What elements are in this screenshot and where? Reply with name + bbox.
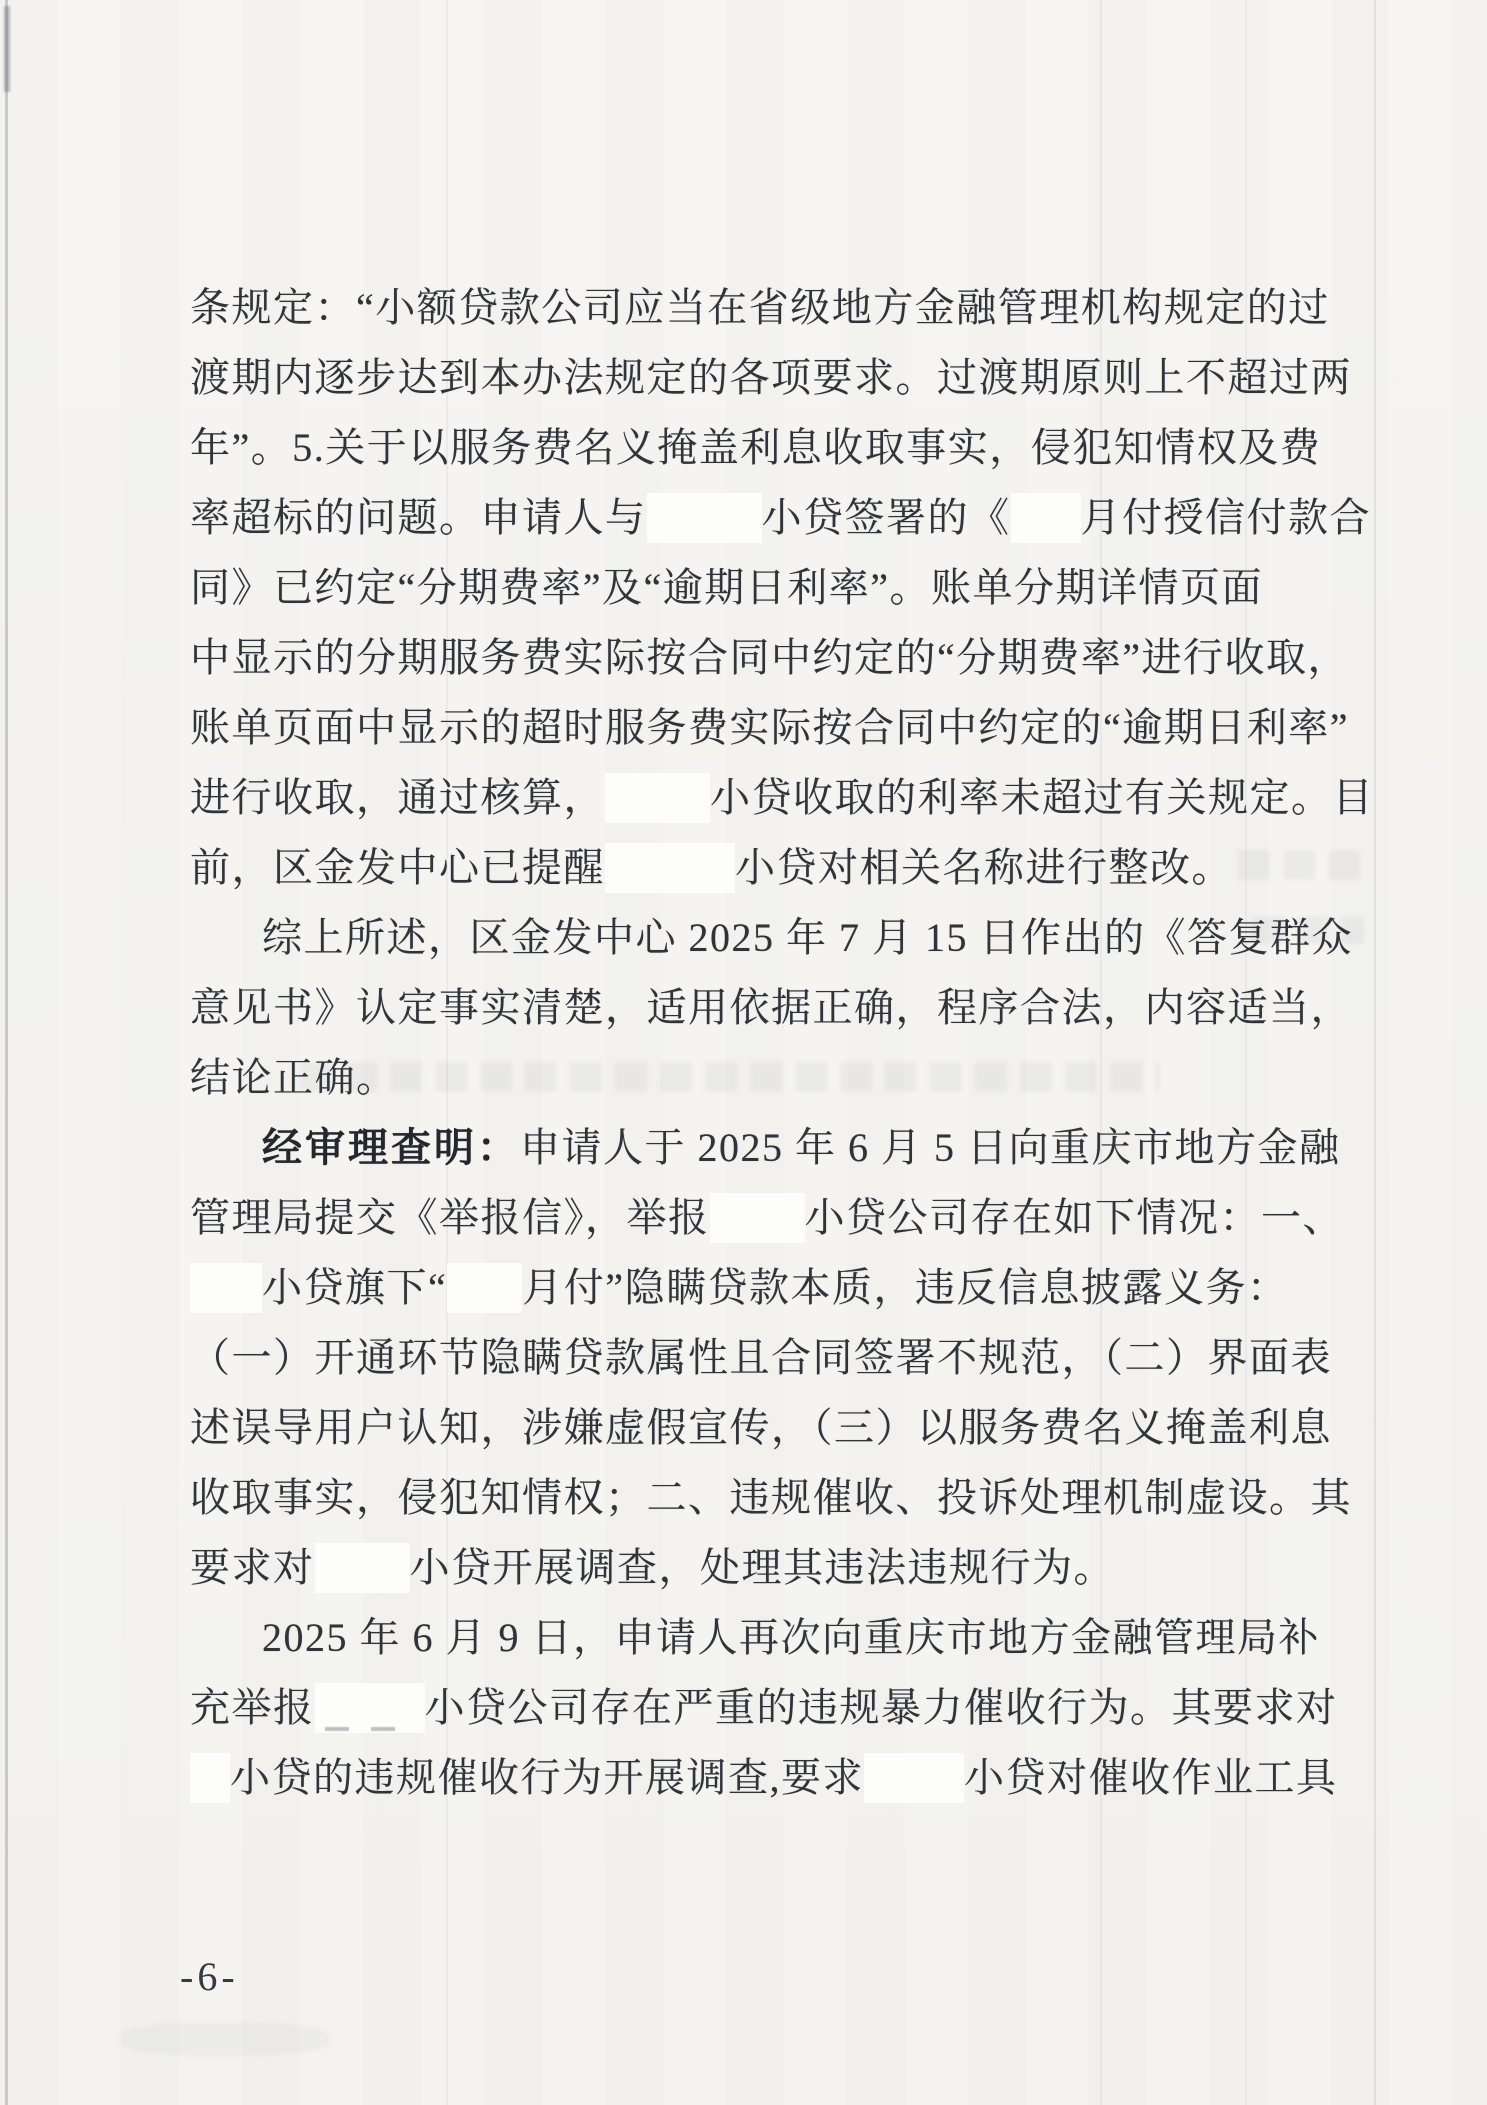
text-run: 申请人于 2025 年 6 月 5 日向重庆市地方金融 <box>520 1120 1341 1176</box>
text-run: 小贷的违规催收行为开展调查,要求 <box>230 1750 864 1806</box>
bold-text-run: 经审理查明： <box>262 1120 520 1176</box>
text-run: 小贷公司存在严重的违规暴力催收行为。其要求对 <box>425 1680 1338 1736</box>
text-line: 充举报小贷公司存在严重的违规暴力催收行为。其要求对 <box>190 1680 1338 1736</box>
text-line: 账单页面中显示的超时服务费实际按合同中约定的“逾期日利率” <box>190 700 1349 756</box>
text-run: 结论正确。 <box>190 1050 398 1106</box>
text-line: 意见书》认定事实清楚，适用依据正确，程序合法，内容适当， <box>190 980 1352 1036</box>
text-line: 管理局提交《举报信》，举报小贷公司存在如下情况：一、 <box>190 1190 1344 1246</box>
text-run: 小贷签署的《 <box>762 490 1011 546</box>
text-run: 意见书》认定事实清楚，适用依据正确，程序合法，内容适当， <box>190 980 1352 1036</box>
text-line: 综上所述，区金发中心 2025 年 7 月 15 日作出的《答复群众 <box>190 910 1353 966</box>
text-line: 条规定：“小额贷款公司应当在省级地方金融管理机构规定的过 <box>190 280 1330 336</box>
text-run: 前，区金发中心已提醒 <box>190 840 605 896</box>
text-line: 年”。5.关于以服务费名义掩盖利息收取事实，侵犯知情权及费 <box>190 420 1321 476</box>
text-run: 条规定：“小额贷款公司应当在省级地方金融管理机构规定的过 <box>190 280 1330 336</box>
text-line: 中显示的分期服务费实际按合同中约定的“分期费率”进行收取， <box>190 630 1349 686</box>
text-run: 2025 年 6 月 9 日，申请人再次向重庆市地方金融管理局补 <box>262 1610 1320 1666</box>
text-line: 收取事实，侵犯知情权；二、违规催收、投诉处理机制虚设。其 <box>190 1470 1352 1526</box>
text-run: 充举报 <box>190 1680 315 1736</box>
redaction-gap <box>447 1263 522 1313</box>
redaction-gap <box>710 1193 805 1243</box>
redaction-gap <box>190 1263 262 1313</box>
text-run: 述误导用户认知，涉嫌虚假宣传，（三）以服务费名义掩盖利息 <box>190 1400 1332 1456</box>
text-line: 率超标的问题。申请人与小贷签署的《月付授信付款合 <box>190 490 1371 546</box>
paragraph-indent <box>190 910 262 960</box>
page-number: -6- <box>180 1952 239 2002</box>
text-run: 小贷公司存在如下情况：一、 <box>805 1190 1345 1246</box>
text-run: 小贷对催收作业工具 <box>964 1750 1338 1806</box>
text-run: 小贷对相关名称进行整改。 <box>735 840 1233 896</box>
text-run: 进行收取，通过核算， <box>190 770 605 826</box>
text-line: 述误导用户认知，涉嫌虚假宣传，（三）以服务费名义掩盖利息 <box>190 1400 1332 1456</box>
redaction-gap <box>1011 493 1081 543</box>
redaction-gap <box>605 843 735 893</box>
text-run: 要求对 <box>190 1540 315 1596</box>
text-run: 管理局提交《举报信》，举报 <box>190 1190 710 1246</box>
text-run: 月付授信付款合 <box>1081 490 1372 546</box>
text-run: 月付”隐瞒贷款本质，违反信息披露义务： <box>522 1260 1288 1316</box>
redaction-gap <box>190 1753 230 1803</box>
text-line: 经审理查明：申请人于 2025 年 6 月 5 日向重庆市地方金融 <box>190 1120 1341 1176</box>
text-run: 同》已约定“分期费率”及“逾期日利率”。账单分期详情页面 <box>190 560 1263 616</box>
text-line: （一）开通环节隐瞒贷款属性且合同签署不规范，（二）界面表 <box>190 1330 1332 1386</box>
text-line: 2025 年 6 月 9 日，申请人再次向重庆市地方金融管理局补 <box>190 1610 1320 1666</box>
redaction-gap <box>864 1753 964 1803</box>
text-line: 渡期内逐步达到本办法规定的各项要求。过渡期原则上不超过两 <box>190 350 1352 406</box>
text-run: 渡期内逐步达到本办法规定的各项要求。过渡期原则上不超过两 <box>190 350 1352 406</box>
document-page: 条规定：“小额贷款公司应当在省级地方金融管理机构规定的过渡期内逐步达到本办法规定… <box>0 0 1487 2105</box>
text-line: 小贷旗下“月付”隐瞒贷款本质，违反信息披露义务： <box>190 1260 1289 1316</box>
redaction-gap <box>605 773 710 823</box>
paragraph-indent <box>190 1610 262 1660</box>
text-line: 要求对小贷开展调查，处理其违法违规行为。 <box>190 1540 1115 1596</box>
redaction-gap <box>315 1683 425 1733</box>
text-run: 率超标的问题。申请人与 <box>190 490 647 546</box>
redaction-gap <box>315 1543 410 1593</box>
text-line: 进行收取，通过核算，小贷收取的利率未超过有关规定。目 <box>190 770 1374 826</box>
text-run: 账单页面中显示的超时服务费实际按合同中约定的“逾期日利率” <box>190 700 1349 756</box>
text-run: 年”。5.关于以服务费名义掩盖利息收取事实，侵犯知情权及费 <box>190 420 1321 476</box>
text-run: 综上所述，区金发中心 2025 年 7 月 15 日作出的《答复群众 <box>262 910 1353 966</box>
text-line: 同》已约定“分期费率”及“逾期日利率”。账单分期详情页面 <box>190 560 1263 616</box>
text-run: 小贷收取的利率未超过有关规定。目 <box>710 770 1374 826</box>
text-block: 条规定：“小额贷款公司应当在省级地方金融管理机构规定的过渡期内逐步达到本办法规定… <box>0 0 1487 2105</box>
text-line: 结论正确。 <box>190 1050 398 1106</box>
text-run: 小贷开展调查，处理其违法违规行为。 <box>410 1540 1116 1596</box>
text-run: 小贷旗下“ <box>262 1260 447 1316</box>
text-line: 小贷的违规催收行为开展调查,要求小贷对催收作业工具 <box>190 1750 1338 1806</box>
paragraph-indent <box>190 1120 262 1170</box>
text-run: （一）开通环节隐瞒贷款属性且合同签署不规范，（二）界面表 <box>190 1330 1332 1386</box>
text-run: 中显示的分期服务费实际按合同中约定的“分期费率”进行收取， <box>190 630 1349 686</box>
text-line: 前，区金发中心已提醒小贷对相关名称进行整改。 <box>190 840 1233 896</box>
text-run: 收取事实，侵犯知情权；二、违规催收、投诉处理机制虚设。其 <box>190 1470 1352 1526</box>
redaction-gap <box>647 493 762 543</box>
